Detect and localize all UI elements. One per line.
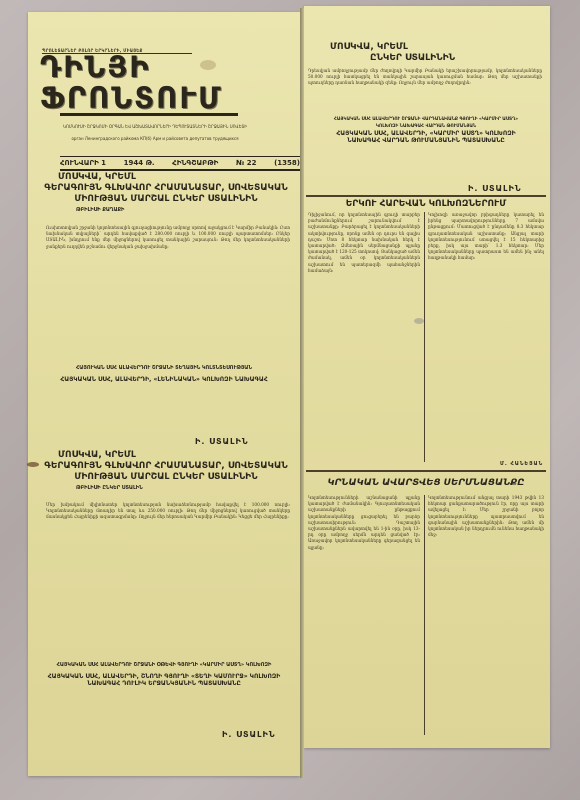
right-article2-title: ԵՐԿՈՒ ՀԱՐԵՎԱՆ ԿՈԼԽՈԶՆԵՐՈՒՄ — [306, 199, 546, 209]
left-article2-signers-line1: ՀԱՅԿԱԿԱՆ ՍՍՀ ԱԼԱՎԵՐԴՈՒ ՇՐՋԱՆԻ ՕԹԵՎԻ ԳՅՈՒ… — [38, 662, 290, 669]
right-column-rule-2 — [424, 495, 425, 735]
left-article1-body: Ուսխոտովյան շրջանի կոլտնտեսային գյուղացի… — [46, 225, 290, 357]
right-article1-body: Դրեսվյան ամբողջությամբ մեր ժողովրդի Կարմ… — [308, 68, 542, 112]
right-article2-signature: Մ. ՀԱՆԵՅԱՆ — [500, 461, 543, 467]
dateline: ՀՈՒՆՎԱՐԻ 1 1944 Թ. ՀԻՆԳՇԱԲԹԻ № 22 (1358) — [60, 156, 300, 171]
left-article1-headline-line3: ՄԻՈՒԹՅԱՆ ՄԱՐՇԱԼ ԸՆԿԵՐ ՍՏԱԼԻՆԻՆ — [36, 194, 296, 205]
right-article3-body-col2: Կոլտնտեսությունում անցյալ տարի 1943 թվին… — [428, 495, 544, 630]
subtitle-russian: орган Ленинградского райкома КП(б) Арм и… — [40, 136, 270, 141]
left-article1-headline: ՄՈՍԿՎԱ, ԿՐԵՄԼ ԳԵՐԱԳՈՒՅՆ ԳԼԽԱՎՈՐ ՀՐԱՄԱՆԱՏ… — [36, 172, 296, 216]
left-article2-headline: ՄՈՍԿՎԱ, ԿՐԵՄԼ ԳԵՐԱԳՈՒՅՆ ԳԼԽԱՎՈՐ ՀՐԱՄԱՆԱՏ… — [36, 450, 296, 494]
left-article2-signers-line2: ՀԱՅԿԱԿԱՆ ՍՍՀ, ԱԼԱՎԵՐԴԻ, ՇՆՈՂԻ ԳՅՈՒՂԻ «ՏԵ… — [38, 673, 290, 680]
subtitle-armenian: ԿՈՄԿՈՒՍԻ ՇՐՋԿՈՄԻ ՕՐԳԱՆ ԵՎ ԱՇԽԱՏԱՎՈՐՆԵՐԻ … — [40, 124, 270, 129]
left-article1-headline-line1: ՄՈՍԿՎԱ, ԿՐԵՄԼ — [36, 172, 296, 183]
left-article1-signers-line1: ՀԱՅՈՒԿԱՆ ՍՍՀ ԱԼԱՎԵՐԴՈՒ ՇՐՋԱՆԻ ՏԵՂԱՅԻՆ ԿՈ… — [38, 365, 290, 372]
left-article2-headline-line3: ՄԻՈՒԹՅԱՆ ՄԱՐՇԱԼ ԸՆԿԵՐ ՍՏԱԼԻՆԻՆ — [36, 472, 296, 483]
paper-stain — [200, 60, 216, 70]
right-divider-2 — [306, 470, 546, 472]
left-article1-signers-line2: ՀԱՅԿԱԿԱՆ ՍՍՀ, ԱԼԱՎԵՐԴԻ, «ԼԵՆԻՆԱԿԱՆ» ԿՈԼԽ… — [38, 376, 290, 383]
right-article1-signature: Ի. ՍՏԱԼԻՆ — [468, 184, 522, 193]
page-fold — [300, 8, 304, 778]
left-article2-headline-line2: ԳԵՐԱԳՈՒՅՆ ԳԼԽԱՎՈՐ ՀՐԱՄԱՆԱՏԱՐ, ՍՈՎԵՏԱԿԱՆ — [36, 461, 296, 472]
right-article1-headline: ՄՈՍԿՎԱ, ԿՐԵՄԼ ԸՆԿԵՐ ՍՏԱԼԻՆԻՆ — [330, 42, 510, 64]
paper-tear — [27, 462, 39, 467]
dateline-total-issue: (1358) — [274, 159, 300, 167]
right-article1-headline-line1: ՄՈՍԿՎԱ, ԿՐԵՄԼ — [330, 42, 510, 53]
left-article2-headline-line1: ՄՈՍԿՎԱ, ԿՐԵՄԼ — [36, 450, 296, 461]
left-article2-signers: ՀԱՅԿԱԿԱՆ ՍՍՀ ԱԼԱՎԵՐԴՈՒ ՇՐՋԱՆԻ ՕԹԵՎԻ ԳՅՈՒ… — [38, 662, 290, 687]
masthead-rule — [60, 113, 238, 116]
right-article3-body-col1: Կոլտնտեսությունների աշնանացանի պլանը կատ… — [308, 495, 420, 733]
left-article2-signature: Ի. ՍՏԱԼԻՆ — [222, 730, 276, 739]
dateline-issue: № 22 — [236, 159, 257, 167]
dateline-year: 1944 Թ. — [124, 159, 155, 167]
newspaper-title-line2: ՖՐՈՆՏՈՒՄ — [40, 83, 230, 114]
right-article1-signers-line2: ԿՈԼԽՈԶԻ ՆԱԽԱԳԱՀ ՎԱՐԴԱՆ ԹՈՒՄԱՆՅԱՆ — [306, 123, 546, 130]
right-article2-body-col1: Դիլիջանում, որ կոլտնտեսային գյուղի տարբե… — [308, 212, 420, 462]
right-article1-headline-line2: ԸՆԿԵՐ ՍՏԱԼԻՆԻՆ — [330, 53, 510, 64]
paper-stain — [414, 318, 424, 324]
left-article1-addressee: ԹԲԻԼԻՍԻ ՔԱՂԱՔԻ — [36, 205, 296, 216]
right-column-rule-1 — [424, 212, 425, 462]
left-article2-body: Մեր խմբակում միլիոնատեր կոլտնտեսության ն… — [46, 502, 290, 658]
left-article1-headline-line2: ԳԵՐԱԳՈՒՅՆ ԳԼԽԱՎՈՐ ՀՐԱՄԱՆԱՏԱՐ, ՍՈՎԵՏԱԿԱՆ — [36, 183, 296, 194]
right-divider-1 — [306, 195, 546, 197]
right-article1-signers-line1: ՀԱՅԿԱԿԱՆ ՍՍՀ ԱԼԱՎԵՐԴՈՒ ՇՐՋԱՆԻ ՎԱՐԴԱՆԱՎԱՆ… — [306, 116, 546, 123]
right-article1-signers-line3: ՀԱՅԿԱԿԱՆ ՍՍՀ, ԱԼԱՎԵՐԴԻ, «ԿԱՐՄԻՐ ԱՍՏՂ» ԿՈ… — [306, 130, 546, 137]
right-article2-body-col2: Կոլխոզի առաջավոր բրիգադները կատարել են ի… — [428, 212, 544, 450]
left-article2-signers-line3: ՆԱԽԱԳԱՀ ԴՈՒԼԻԿ ԵՐՋԱՆԿՅԱՆԻՆ ՊԱՏԱՍԽԱՆԸ — [38, 680, 290, 687]
dateline-weekday: ՀԻՆԳՇԱԲԹԻ — [172, 159, 218, 167]
right-article1-signers: ՀԱՅԿԱԿԱՆ ՍՍՀ ԱԼԱՎԵՐԴՈՒ ՇՐՋԱՆԻ ՎԱՐԴԱՆԱՎԱՆ… — [306, 116, 546, 144]
left-article2-addressee: ԹԲԻԼԻՍԻ ԸՆԿԵՐ ՍՏԱԼԻՆ — [36, 483, 296, 494]
dateline-month: ՀՈՒՆՎԱՐԻ 1 — [60, 159, 106, 167]
right-article1-signers-line4: ՆԱԽԱԳԱՀ ՎԱՐԴԱՆ ԹՈՒՄԱՆՅԱՆԻՆ ՊԱՏԱՍԽԱՆԸ — [306, 137, 546, 144]
left-article1-signers: ՀԱՅՈՒԿԱՆ ՍՍՀ ԱԼԱՎԵՐԴՈՒ ՇՐՋԱՆԻ ՏԵՂԱՅԻՆ ԿՈ… — [38, 365, 290, 383]
left-article1-signature: Ի. ՍՏԱԼԻՆ — [195, 437, 249, 446]
right-article3-title: ԿՐՆԱԿԱՆ ԱՎԱՐՏՎԵՑ ՍԵՐՄՆԱՑԱՆՔԸ — [306, 478, 546, 488]
